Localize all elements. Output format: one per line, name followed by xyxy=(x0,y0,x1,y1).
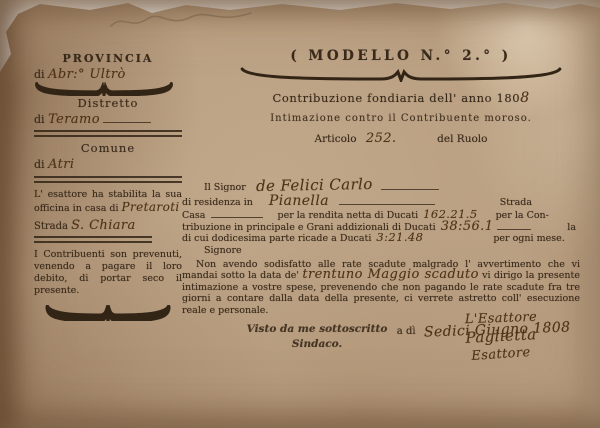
provincia-label: PROVINCIA xyxy=(34,52,182,65)
provincia-line: di Abr:° Ultrò xyxy=(34,67,182,82)
con-hyphen-text: per la Con- xyxy=(496,210,549,221)
fill-in-rule xyxy=(497,228,531,230)
distretto-label: Distretto xyxy=(34,96,182,110)
flourish-brace xyxy=(34,82,174,96)
strada-handwritten-value: S. Chiara xyxy=(71,218,136,233)
year-handwritten-digit: 8 xyxy=(520,90,529,106)
esattore-casa-handwritten: Pretaroti xyxy=(122,200,180,214)
esattore-note: L' esattore ha stabilita la sua officina… xyxy=(34,189,182,215)
la-text: la xyxy=(567,222,576,233)
double-rule xyxy=(34,236,152,243)
contribuenti-note: I Contribuenti son prevenuti, venendo a … xyxy=(34,249,182,297)
rendita-line: Casa per la rendita netta di Ducati 162.… xyxy=(182,207,580,219)
document-subtitle: Intimazione contro il Contribuente moros… xyxy=(228,113,574,124)
residenza-label: di residenza in xyxy=(182,197,253,208)
fill-in-rule xyxy=(103,121,151,123)
title-printed-part: Contribuzione fondiaria dell' anno 180 xyxy=(272,91,520,105)
residenza-line: di residenza in Pianella Strada xyxy=(182,193,580,207)
document-header: ( MODELLO N.° 2.° ) Contribuzione fondia… xyxy=(228,48,574,146)
signor-handwritten-name: de Felici Carlo xyxy=(256,175,373,195)
visto-block: Visto da me sottoscritto Sindaco. xyxy=(232,322,402,352)
signature-block: L'Esattore Paglietta Esattore xyxy=(436,311,566,362)
comune-label: Comune xyxy=(34,141,182,155)
intimation-paragraph: Non avendo sodisfatto alle rate scadute … xyxy=(182,259,580,317)
faded-ink-annotation xyxy=(105,4,275,34)
strada-label: Strada xyxy=(34,221,68,232)
double-rule xyxy=(34,176,182,183)
per-ogni-mese-text: per ogni mese. xyxy=(493,233,564,244)
header-flourish-brace xyxy=(236,66,566,82)
addizionali-handwritten-amount: 38:56.1 xyxy=(441,219,494,234)
articolo-line: Articolo 252. del Ruolo xyxy=(228,131,574,146)
comune-line: di Atri xyxy=(34,157,182,172)
signor-label: Il Signor xyxy=(204,182,246,193)
comune-handwritten-value: Atri xyxy=(48,157,74,172)
residenza-handwritten-value: Pianella xyxy=(269,193,329,209)
modello-heading: ( MODELLO N.° 2.° ) xyxy=(228,48,574,64)
strada-line: Strada S. Chiara xyxy=(34,218,182,233)
distretto-line: di Teramo xyxy=(34,112,182,127)
dodicesima-text: di cui dodicesima parte ricade a Ducati xyxy=(182,233,371,244)
visto-line: Visto da me sottoscritto xyxy=(232,322,402,337)
sindaco-line: Sindaco. xyxy=(232,337,402,352)
fill-in-rule xyxy=(339,203,435,205)
strada-label: Strada xyxy=(500,197,532,208)
ruolo-label: del Ruolo xyxy=(437,133,487,145)
di-label: di xyxy=(34,113,45,126)
signore-salutation: Signore xyxy=(204,245,580,257)
left-column: PROVINCIA di Abr:° Ultrò Distretto di Te… xyxy=(34,52,182,321)
signor-line: Il Signor de Felici Carlo xyxy=(204,176,580,193)
paragraph-handwritten-date: trentuno Maggio scaduto xyxy=(302,267,478,282)
scanned-document: PROVINCIA di Abr:° Ultrò Distretto di Te… xyxy=(0,0,600,428)
articolo-label: Articolo xyxy=(315,133,357,145)
rendita-text: per la rendita netta di Ducati xyxy=(277,210,418,221)
dodicesima-handwritten-amount: 3:21.48 xyxy=(376,230,423,244)
di-label: di xyxy=(34,68,45,81)
casa-label: Casa xyxy=(182,210,205,221)
di-label: di xyxy=(34,158,45,171)
provincia-handwritten-value: Abr:° Ultrò xyxy=(48,67,126,82)
document-title: Contribuzione fondiaria dell' anno 1808 xyxy=(228,90,574,106)
fill-in-rule xyxy=(211,216,263,218)
articolo-handwritten-number: 252. xyxy=(366,131,397,146)
flourish-brace-bottom xyxy=(45,305,171,321)
double-rule xyxy=(34,130,182,137)
fill-in-rule xyxy=(381,188,439,190)
distretto-handwritten-value: Teramo xyxy=(48,112,100,127)
